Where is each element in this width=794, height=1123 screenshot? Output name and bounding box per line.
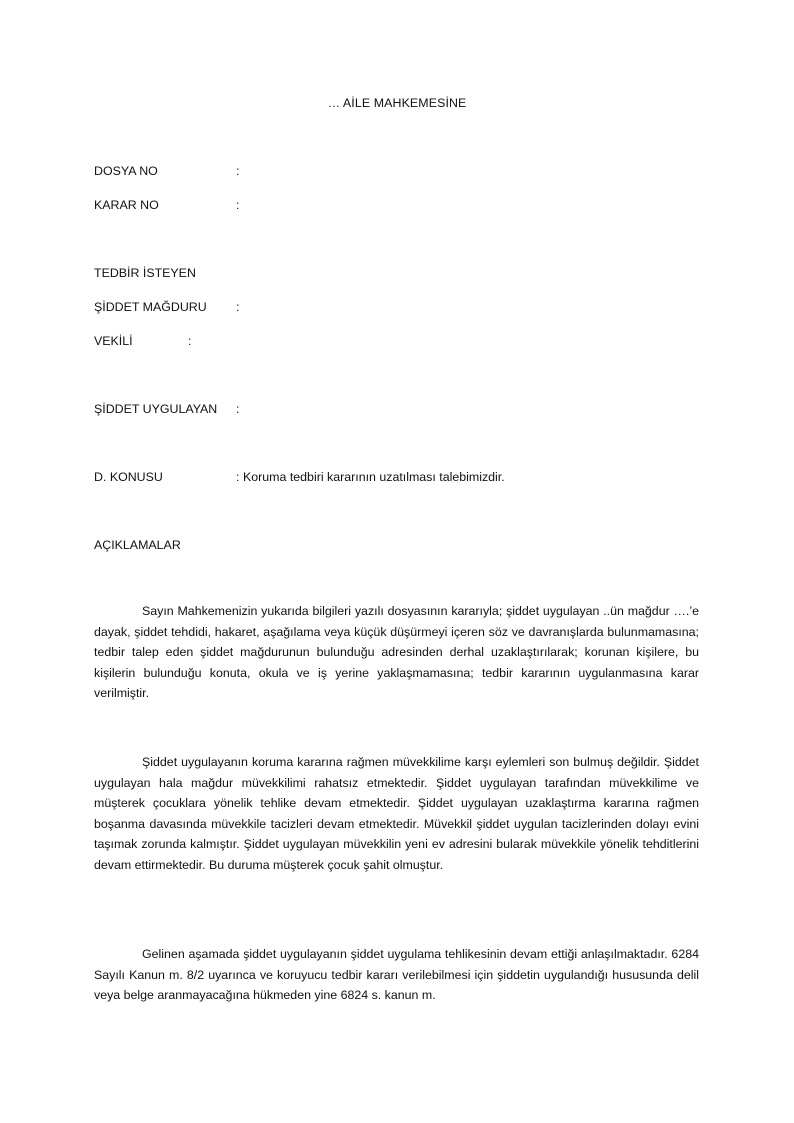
field-label: VEKİLİ	[94, 334, 133, 348]
field-siddet-uygulayan: ŞİDDET UYGULAYAN :	[94, 402, 217, 416]
field-colon: :	[236, 402, 239, 416]
court-title: … AİLE MAHKEMESİNE	[0, 96, 794, 110]
field-label: ŞİDDET UYGULAYAN	[94, 402, 217, 416]
field-label: D. KONUSU	[94, 470, 163, 484]
field-dava-konusu: D. KONUSU : Koruma tedbiri kararının uza…	[94, 470, 163, 484]
paragraph-2: Şiddet uygulayanın koruma kararına rağme…	[94, 752, 699, 875]
field-value: Koruma tedbiri kararının uzatılması tale…	[243, 470, 505, 484]
field-tedbir-isteyen: TEDBİR İSTEYEN	[94, 266, 196, 280]
field-colon: :	[236, 164, 239, 178]
paragraph-1: Sayın Mahkemenizin yukarıda bilgileri ya…	[94, 601, 699, 704]
field-karar-no: KARAR NO :	[94, 198, 159, 212]
paragraph-3: Gelinen aşamada şiddet uygulayanın şidde…	[94, 944, 699, 1006]
field-colon: :	[236, 300, 239, 314]
field-colon: :	[236, 470, 239, 484]
field-label: TEDBİR İSTEYEN	[94, 266, 196, 280]
field-colon: :	[236, 198, 239, 212]
field-vekili: VEKİLİ :	[94, 334, 133, 348]
field-siddet-magduru: ŞİDDET MAĞDURU :	[94, 300, 207, 314]
field-label: DOSYA NO	[94, 164, 158, 178]
field-colon: :	[188, 334, 191, 348]
field-label: KARAR NO	[94, 198, 159, 212]
field-label: ŞİDDET MAĞDURU	[94, 300, 207, 314]
aciklamalar-heading: AÇIKLAMALAR	[94, 538, 181, 552]
document-page: … AİLE MAHKEMESİNE DOSYA NO : KARAR NO :…	[0, 0, 794, 1123]
field-dosya-no: DOSYA NO :	[94, 164, 158, 178]
